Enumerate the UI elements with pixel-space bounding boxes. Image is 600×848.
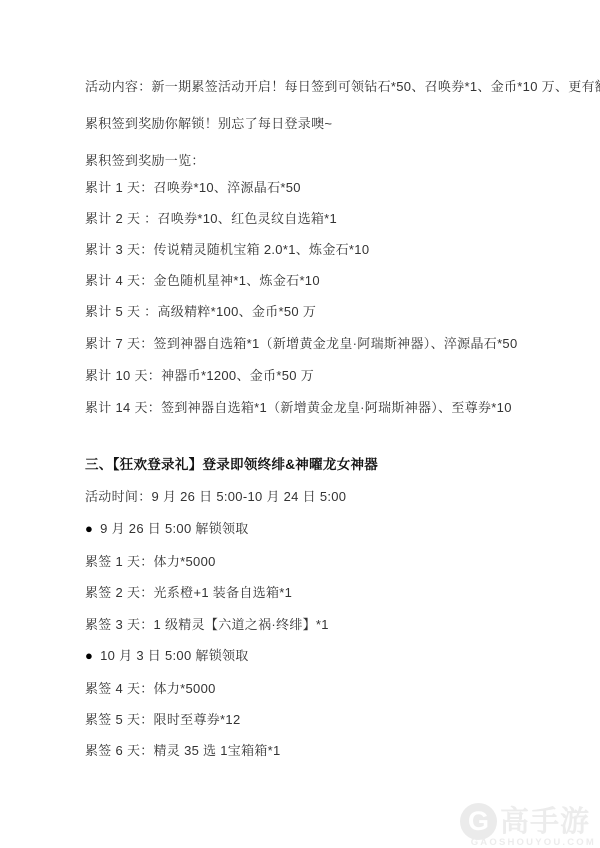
phase-2-unlock-line: ●10 月 3 日 5:00 解锁领取: [85, 648, 249, 664]
intro-line-3: 累积签到奖励一览：: [85, 153, 205, 169]
gaoshouyou-logo-icon: G: [460, 803, 497, 840]
phase-1-unlock-text: 9 月 26 日 5:00 解锁领取: [100, 521, 248, 537]
cumulative-reward-day-2: 累计 2 天 ：召唤券*10、红色灵纹自选箱*1: [85, 211, 337, 227]
bullet-icon: ●: [85, 521, 93, 537]
signin-reward-day-1: 累签 1 天：体力*5000: [85, 554, 216, 570]
intro-line-1: 活动内容：新一期累签活动开启！每日签到可领钻石*50、召唤券*1、金币*10 万…: [85, 79, 600, 95]
cumulative-reward-day-1: 累计 1 天：召唤券*10、淬源晶石*50: [85, 180, 301, 196]
cumulative-reward-day-4: 累计 4 天：金色随机星神*1、炼金石*10: [85, 273, 320, 289]
phase-1-unlock-line: ●9 月 26 日 5:00 解锁领取: [85, 521, 249, 537]
gaoshouyou-watermark: G 高手游 GAOSHOUYOU.COM: [454, 803, 596, 848]
intro-line-2: 累积签到奖励你解锁！别忘了每日登录噢~: [85, 116, 332, 132]
signin-reward-day-6: 累签 6 天：精灵 35 选 1宝箱箱*1: [85, 743, 281, 759]
signin-reward-day-4: 累签 4 天：体力*5000: [85, 681, 216, 697]
signin-reward-day-5: 累签 5 天：限时至尊券*12: [85, 712, 240, 728]
signin-reward-day-3: 累签 3 天：1 级精灵【六道之祸·终绯】*1: [85, 617, 329, 633]
watermark-logo-row: G 高手游: [460, 803, 590, 840]
cumulative-reward-day-3: 累计 3 天：传说精灵随机宝箱 2.0*1、炼金石*10: [85, 242, 369, 258]
cumulative-reward-day-10: 累计 10 天：神器币*1200、金币*50 万: [85, 368, 314, 384]
watermark-site-name: 高手游: [500, 807, 590, 837]
signin-reward-day-2: 累签 2 天：光系橙+1 装备自选箱*1: [85, 585, 292, 601]
section-3-activity-time: 活动时间：9 月 26 日 5:00-10 月 24 日 5:00: [85, 489, 346, 505]
cumulative-reward-day-5: 累计 5 天 ：高级精粹*100、金币*50 万: [85, 304, 316, 320]
watermark-site-url: GAOSHOUYOU.COM: [471, 837, 596, 848]
bullet-icon: ●: [85, 648, 93, 664]
section-3-heading: 三、【狂欢登录礼】登录即领终绯&神曜龙女神器: [85, 457, 378, 473]
cumulative-reward-day-7: 累计 7 天：签到神器自选箱*1（新增黄金龙皇·阿瑞斯神器）、淬源晶石*50: [85, 336, 518, 352]
cumulative-reward-day-14: 累计 14 天：签到神器自选箱*1（新增黄金龙皇·阿瑞斯神器）、至尊券*10: [85, 400, 512, 416]
phase-2-unlock-text: 10 月 3 日 5:00 解锁领取: [100, 648, 248, 664]
